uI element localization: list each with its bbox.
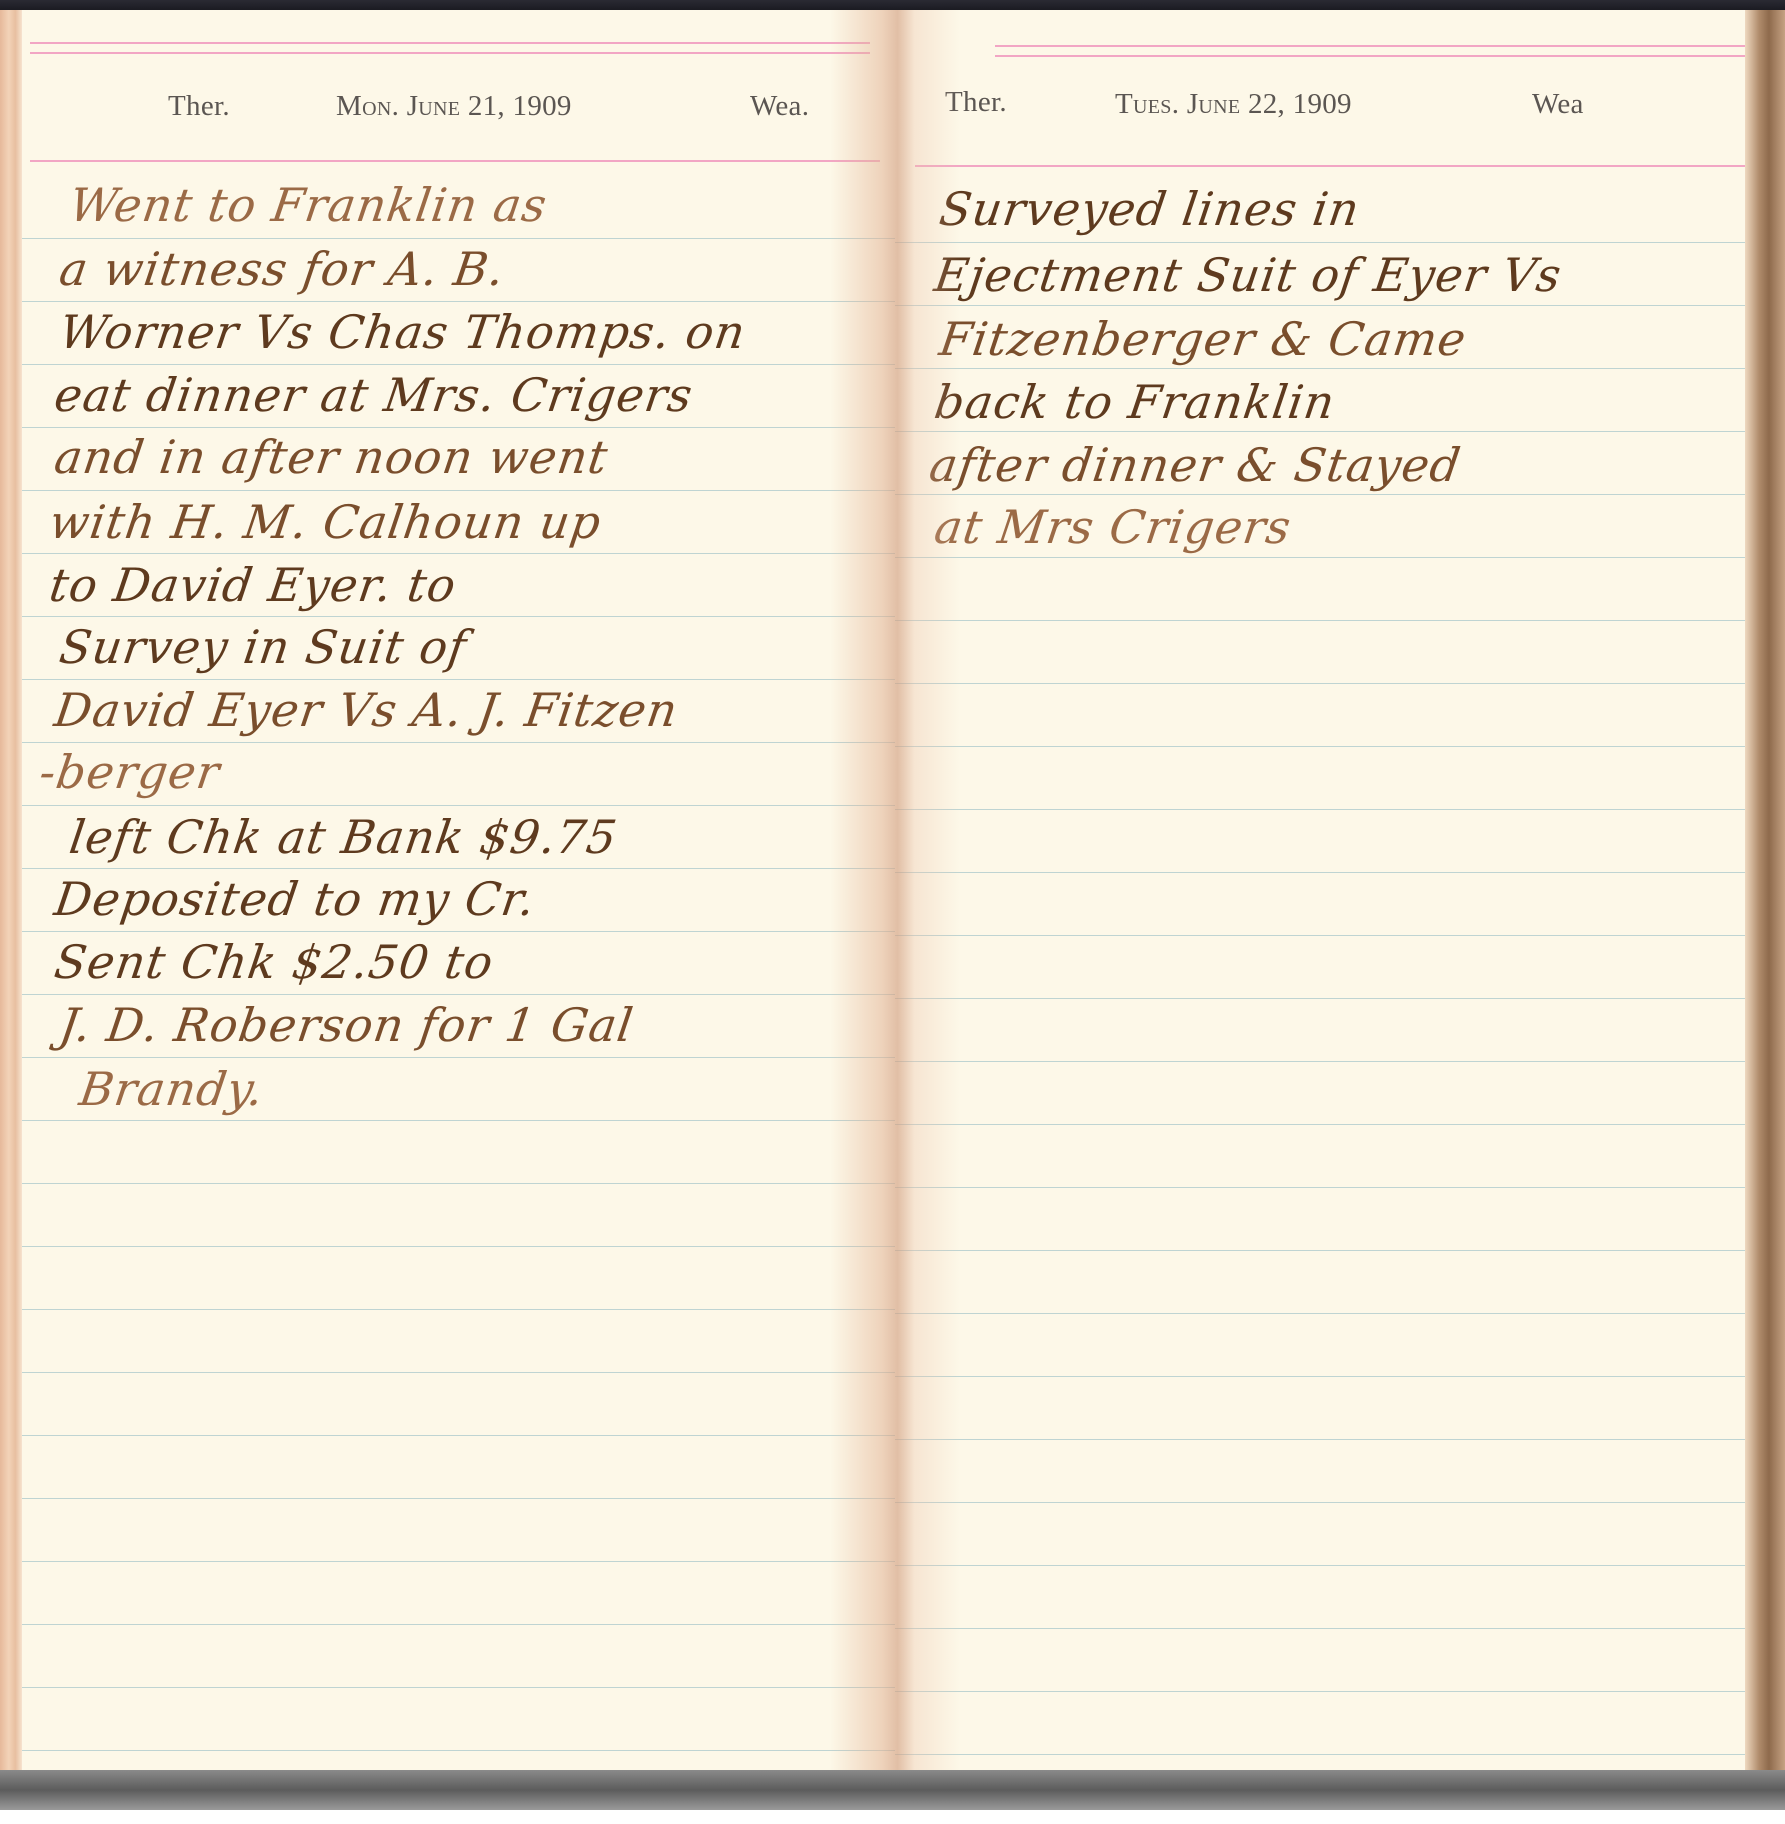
entry-line: Fitzenberger & Came	[936, 312, 1470, 366]
entry-line: back to Franklin	[931, 375, 1338, 429]
weather-label: Wea	[1532, 88, 1584, 121]
ruled-line	[895, 935, 1745, 936]
date-text: June 21, 1909	[407, 90, 572, 122]
ruled-line	[895, 557, 1745, 558]
entry-line: Went to Franklin as	[66, 178, 550, 232]
date-heading: Mon. June 21, 1909	[336, 90, 572, 123]
ruled-line	[895, 1691, 1745, 1692]
ruled-line	[895, 1565, 1745, 1566]
ruled-line	[22, 364, 895, 365]
ruled-line	[895, 998, 1745, 999]
header-rule-top-2	[995, 55, 1745, 57]
ruled-line	[22, 1687, 895, 1688]
entry-line: with H. M. Calhoun up	[46, 495, 605, 549]
entry-line: J. D. Roberson for 1 Gal	[56, 998, 637, 1052]
header-rule-top-2	[30, 52, 870, 54]
book-cover-bottom	[0, 1770, 1785, 1810]
thermometer-label: Ther.	[168, 90, 230, 123]
ruled-line	[895, 1124, 1745, 1125]
ruled-line	[895, 305, 1745, 306]
entry-line: eat dinner at Mrs. Crigers	[51, 368, 696, 422]
entry-line: David Eyer Vs A. J. Fitzen	[51, 683, 681, 737]
ruled-line	[22, 1246, 895, 1247]
ruled-line	[22, 1561, 895, 1562]
header-rule-bottom	[30, 160, 880, 162]
ruled-line	[895, 1754, 1745, 1755]
ruled-line	[22, 1435, 895, 1436]
entry-line: and in after noon went	[51, 430, 611, 484]
left-page-edge	[0, 10, 22, 1770]
ruled-line	[895, 809, 1745, 810]
header-rule-bottom	[915, 165, 1745, 167]
ruled-line	[22, 301, 895, 302]
ruled-line	[22, 1372, 895, 1373]
weather-label: Wea.	[750, 90, 809, 123]
open-diary: Ther. Mon. June 21, 1909 Wea. Wen	[0, 10, 1785, 1770]
ruled-line	[895, 1628, 1745, 1629]
ruled-line	[22, 1309, 895, 1310]
entry-line: to David Eyer. to	[46, 558, 460, 612]
ruled-line	[22, 1750, 895, 1751]
entry-line: after dinner & Stayed	[926, 438, 1464, 492]
ruled-line	[22, 931, 895, 932]
ruled-line	[22, 616, 895, 617]
entry-line: a witness for A. B.	[56, 242, 508, 296]
ruled-line	[22, 1183, 895, 1184]
entry-line: at Mrs Crigers	[931, 500, 1295, 554]
ruled-line	[22, 427, 895, 428]
ruled-line	[895, 1439, 1745, 1440]
ruled-line	[895, 620, 1745, 621]
right-page: Ther. Tues. June 22, 1909 Wea Surveyed l…	[895, 10, 1785, 1770]
entry-line: Deposited to my Cr.	[51, 872, 539, 926]
ruled-line	[895, 368, 1745, 369]
day-of-week: Tues.	[1115, 88, 1179, 120]
ruled-line	[895, 431, 1745, 432]
ruled-line	[895, 683, 1745, 684]
entry-line: left Chk at Bank $9.75	[66, 810, 621, 864]
ruled-line	[22, 490, 895, 491]
day-of-week: Mon.	[336, 90, 399, 122]
date-text: June 22, 1909	[1187, 88, 1352, 120]
ruled-line	[895, 1313, 1745, 1314]
ruled-line	[22, 1057, 895, 1058]
ruled-line	[22, 553, 895, 554]
entry-line: Surveyed lines in	[936, 182, 1363, 236]
ruled-line	[895, 746, 1745, 747]
entry-line: -berger	[36, 745, 223, 799]
thermometer-label: Ther.	[945, 86, 1007, 119]
ruled-line	[895, 1061, 1745, 1062]
book-cover-top	[0, 0, 1785, 10]
ruled-line	[22, 742, 895, 743]
header-rule-top	[30, 42, 870, 44]
ruled-line	[895, 494, 1745, 495]
header-rule-top	[995, 45, 1745, 47]
date-heading: Tues. June 22, 1909	[1115, 88, 1352, 121]
ruled-line	[22, 868, 895, 869]
entry-line: Survey in Suit of	[56, 620, 470, 674]
ruled-line	[895, 1502, 1745, 1503]
entry-line: Ejectment Suit of Eyer Vs	[931, 248, 1565, 302]
ruled-line	[22, 679, 895, 680]
ruled-line	[22, 805, 895, 806]
entry-line: Sent Chk $2.50 to	[51, 935, 497, 989]
ruled-line	[22, 1120, 895, 1121]
ruled-line	[895, 872, 1745, 873]
ruled-line	[22, 238, 895, 239]
ruled-line	[22, 994, 895, 995]
entry-line: Worner Vs Chas Thomps. on	[56, 305, 749, 359]
ruled-line	[895, 242, 1745, 243]
left-page: Ther. Mon. June 21, 1909 Wea. Wen	[0, 10, 895, 1770]
entry-line: Brandy.	[76, 1062, 267, 1116]
ruled-line	[895, 1187, 1745, 1188]
ruled-line	[22, 1624, 895, 1625]
ruled-line	[22, 1498, 895, 1499]
ruled-line	[895, 1376, 1745, 1377]
ruled-line	[895, 1250, 1745, 1251]
right-page-edge	[1745, 10, 1785, 1770]
